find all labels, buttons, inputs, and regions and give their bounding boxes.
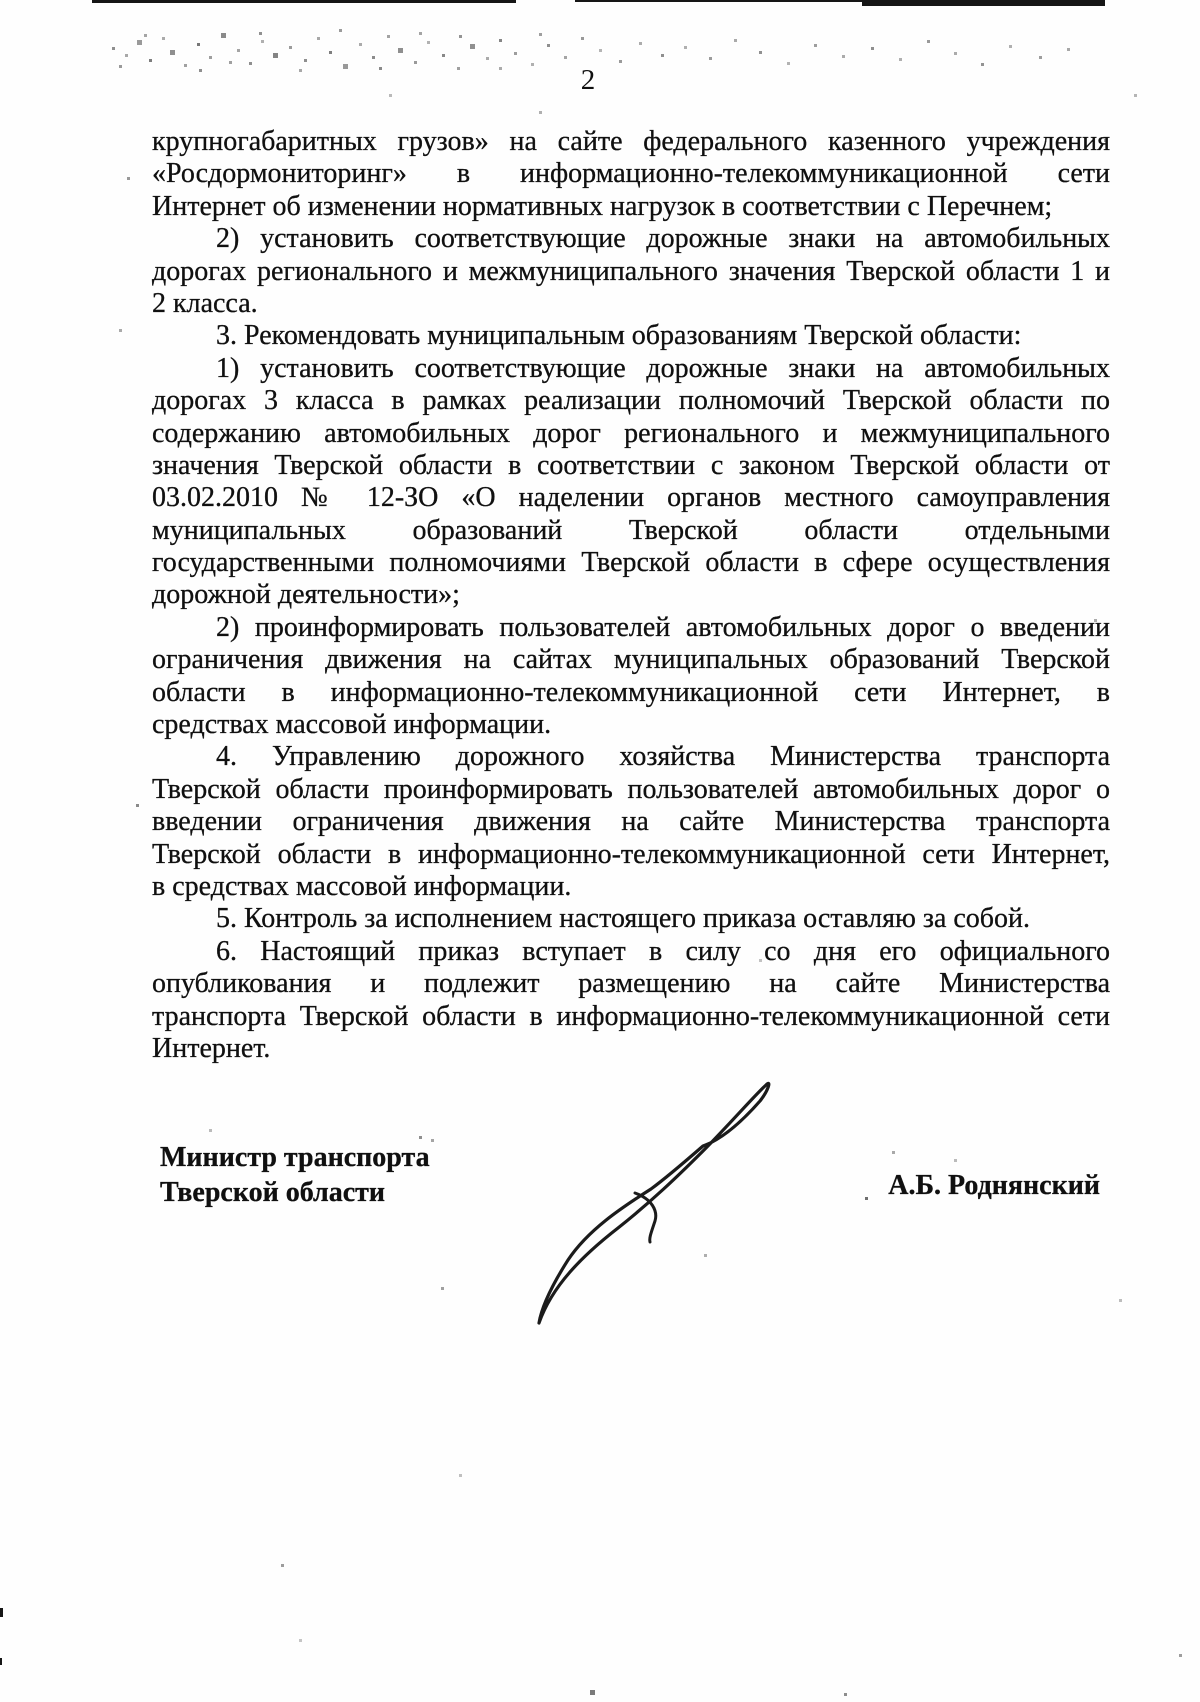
signer-name: А.Б. Роднянский <box>878 1170 1100 1202</box>
text-line: муниципальных образований Тверской облас… <box>152 515 1110 547</box>
text-line: в средствах массовой информации. <box>152 871 1110 903</box>
scan-noise-specks <box>0 0 1 1</box>
text-line: содержанию автомобильных дорог региональ… <box>152 418 1110 450</box>
text-line: 03.02.2010 № 12-ЗО «О наделении органов … <box>152 482 1110 514</box>
signer-title: Министр транспорта Тверской области <box>160 1140 430 1210</box>
text-line: дорогах 3 класса в рамках реализации пол… <box>152 385 1110 417</box>
text-line: области в информационно-телекоммуникацио… <box>152 677 1110 709</box>
text-line: крупногабаритных грузов» на сайте федера… <box>152 126 1110 158</box>
text-line: 3. Рекомендовать муниципальным образован… <box>152 320 1110 352</box>
text-line: 2) установить соответствующие дорожные з… <box>152 223 1110 255</box>
page-number: 2 <box>0 64 1176 97</box>
scan-edge-tick <box>0 1608 3 1617</box>
text-line: дорогах регионального и межмуниципальног… <box>152 256 1110 288</box>
text-line: 6. Настоящий приказ вступает в силу со д… <box>152 936 1110 968</box>
text-line: «Росдормониторинг» в информационно-телек… <box>152 158 1110 190</box>
text-line: опубликования и подлежит размещению на с… <box>152 968 1110 1000</box>
text-line: дорожной деятельности»; <box>152 579 1110 611</box>
document-body: крупногабаритных грузов» на сайте федера… <box>152 126 1110 1065</box>
text-line: государственными полномочиями Тверской о… <box>152 547 1110 579</box>
text-line: 1) установить соответствующие дорожные з… <box>152 353 1110 385</box>
signature-ink-icon <box>500 1058 790 1338</box>
text-line: 2 класса. <box>152 288 1110 320</box>
text-line: введении ограничения движения на сайте М… <box>152 806 1110 838</box>
text-line: Тверской области в информационно-телеком… <box>152 839 1110 871</box>
scan-edge-line <box>92 0 516 3</box>
signer-title-line2: Тверской области <box>160 1175 430 1210</box>
text-line: транспорта Тверской области в информацио… <box>152 1001 1110 1033</box>
text-line: Тверской области проинформировать пользо… <box>152 774 1110 806</box>
scanned-document-page: { "page": { "number": "2" }, "body": { "… <box>0 0 1200 1702</box>
text-line: значения Тверской области в соответствии… <box>152 450 1110 482</box>
text-line: ограничения движения на сайтах муниципал… <box>152 644 1110 676</box>
text-line: 2) проинформировать пользователей автомо… <box>152 612 1110 644</box>
text-line: средствах массовой информации. <box>152 709 1110 741</box>
handwritten-signature <box>500 1058 790 1343</box>
signer-title-line1: Министр транспорта <box>160 1140 430 1175</box>
text-line: 4. Управлению дорожного хозяйства Минист… <box>152 741 1110 773</box>
scan-edge-line <box>862 0 1105 6</box>
scan-edge-tick <box>0 1658 2 1665</box>
text-line: Интернет об изменении нормативных нагруз… <box>152 191 1110 223</box>
text-line: 5. Контроль за исполнением настоящего пр… <box>152 903 1110 935</box>
